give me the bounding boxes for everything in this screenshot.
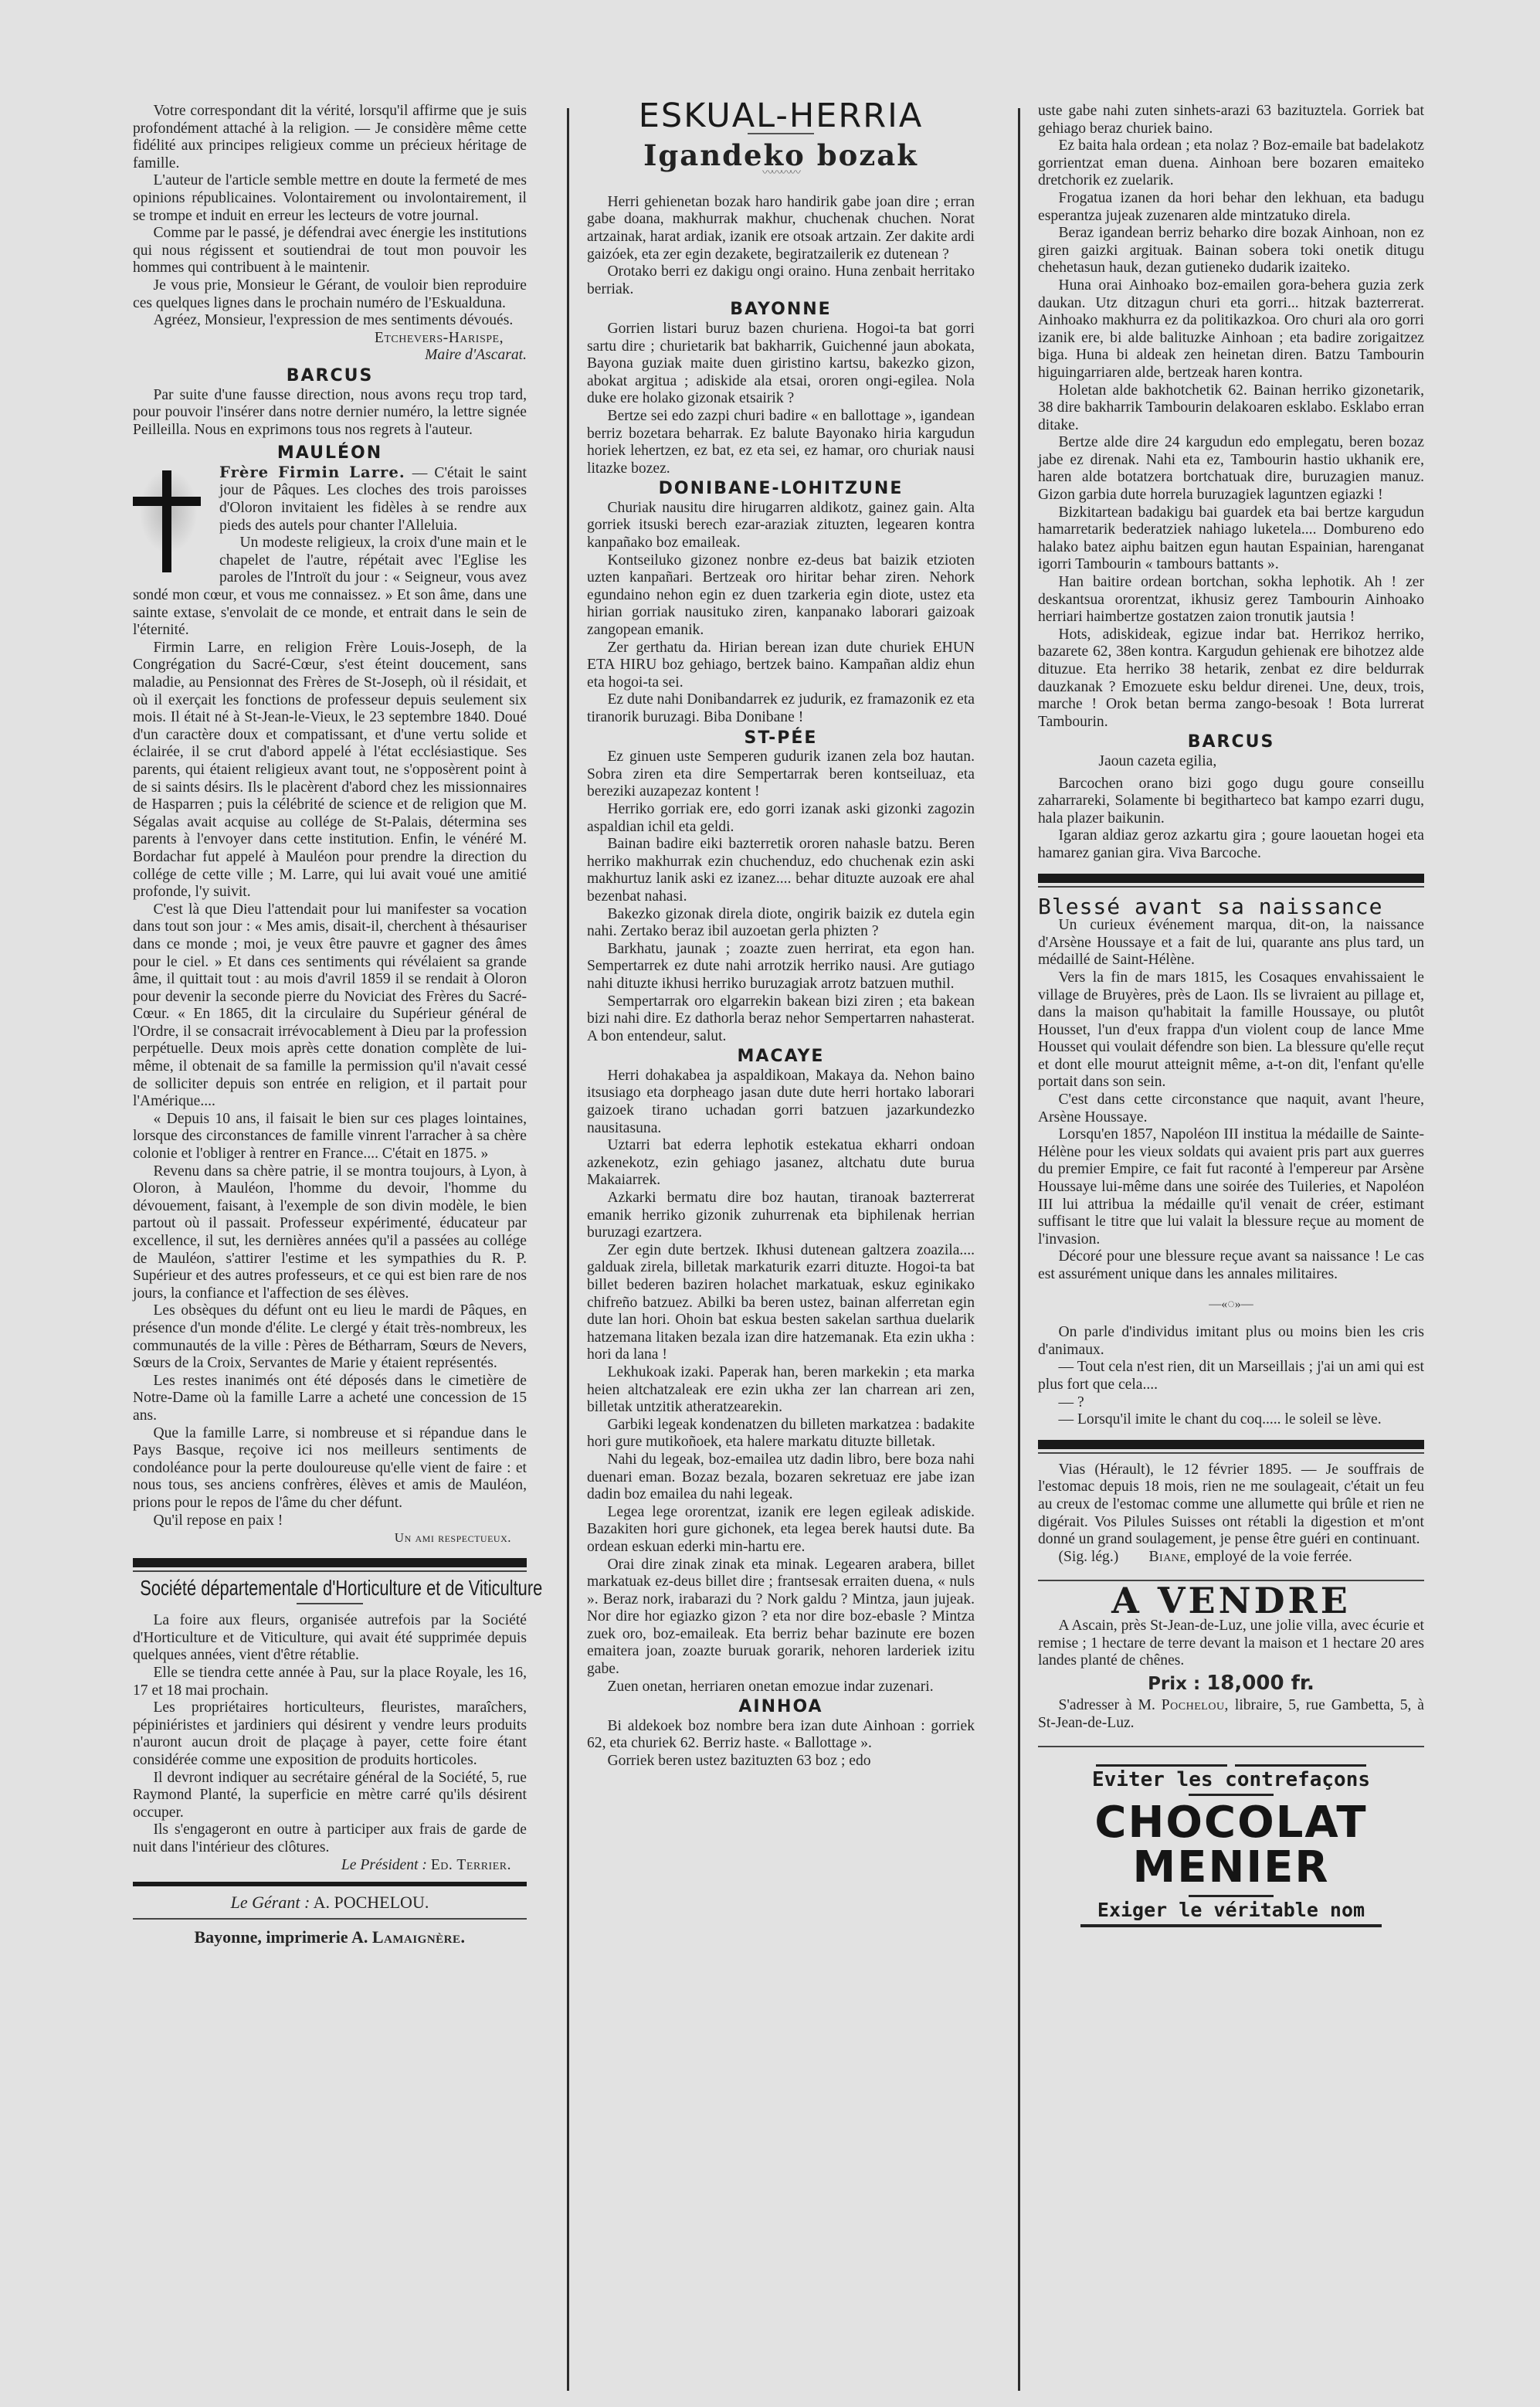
paragraph: Herri dohakabea ja aspaldikoan, Makaya d… [587, 1068, 975, 1137]
paragraph: Nahi du legeak, boz-emailea utz dadin li… [587, 1451, 975, 1504]
middle-column: ESKUAL-HERRIA Igandeko bozak 〰〰〰〰 Herri … [587, 103, 975, 1770]
section-heading-bayonne: BAYONNE [587, 301, 975, 319]
paragraph: Bainan badire eiki bazterretik ororen na… [587, 836, 975, 905]
section-heading-societe: Société départementale d'Horticulture et… [140, 1580, 519, 1597]
section-heading-ainhoa: AINHOA [587, 1699, 975, 1716]
divider-rule [1038, 874, 1424, 883]
divider-rule [1189, 1794, 1274, 1796]
ad-brand: CHOCOLAT [1038, 1801, 1424, 1845]
ornament-divider: —«◌»— [1038, 1296, 1424, 1314]
paragraph: Hots, adiskideak, egizue indar bat. Herr… [1038, 626, 1424, 732]
paragraph: Les obsèques du défunt ont eu lieu le ma… [133, 1302, 527, 1372]
ad-heading-avendre: A VENDRE [1038, 1592, 1424, 1610]
paragraph: Frogatua izanen da hori behar den lekhua… [1038, 190, 1424, 225]
paragraph: Un curieux événement marqua, dit-on, la … [1038, 917, 1424, 969]
signature-label: Le Président : [341, 1857, 427, 1873]
paragraph: Zer egin dute bertzek. Ikhusi dutenean g… [587, 1242, 975, 1364]
divider-rule [1038, 1764, 1424, 1767]
divider-rule [133, 1558, 527, 1567]
section-heading-macaye: MACAYE [587, 1048, 975, 1066]
paragraph: Gorrien listari buruz bazen churiena. Ho… [587, 321, 975, 408]
paragraph: On parle d'individus imitant plus ou moi… [1038, 1324, 1424, 1359]
imprint-line: Bayonne, imprimerie A. Lamaignère. [133, 1929, 527, 1947]
paragraph: Igaran aldiaz geroz azkartu gira ; goure… [1038, 827, 1424, 862]
paragraph: — Tout cela n'est rien, dit un Marseilla… [1038, 1359, 1424, 1394]
ad-line: Eviter les contrefaçons [1038, 1771, 1424, 1789]
divider-rule [1189, 1895, 1274, 1897]
price-value: 18,000 fr. [1206, 1672, 1314, 1695]
paragraph: La foire aux fleurs, organisée autrefois… [133, 1612, 527, 1665]
section-heading-donibane: DONIBANE-LOHITZUNE [587, 480, 975, 498]
paragraph: Décoré pour une blessure reçue avant sa … [1038, 1248, 1424, 1283]
paragraph: Kontseiluko gizonez nonbre ez-deus bat b… [587, 552, 975, 640]
paragraph: Vers la fin de mars 1815, les Cosaques e… [1038, 969, 1424, 1091]
paragraph: Bi aldekoek boz nombre bera izan dute Ai… [587, 1718, 975, 1753]
divider-rule [297, 1603, 363, 1604]
gerant-label: Le Gérant : [231, 1893, 310, 1912]
salutation: Jaoun cazeta egilia, [1038, 753, 1424, 771]
paragraph: Legea lege ororentzat, izanik ere legen … [587, 1504, 975, 1557]
paragraph: Par suite d'une fausse direction, nous a… [133, 387, 527, 440]
masthead: ESKUAL-HERRIA [587, 107, 975, 125]
ad-line: Exiger le véritable nom [1038, 1902, 1424, 1920]
signature-role: employé de la voie ferrée. [1195, 1549, 1352, 1565]
obituary-lead: Frère Firmin Larre. [219, 463, 405, 481]
paragraph: Holetan alde bakhotchetik 62. Bainan her… [1038, 382, 1424, 435]
paragraph: L'auteur de l'article semble mettre en d… [133, 172, 527, 225]
paragraph: — ? [1038, 1394, 1424, 1412]
paragraph: Bizkitartean badakigu bai guardek eta ba… [1038, 504, 1424, 574]
paragraph: Azkarki bermatu dire boz hautan, tiranoa… [587, 1190, 975, 1242]
paragraph: « Depuis 10 ans, il faisait le bien sur … [133, 1111, 527, 1163]
divider-rule [133, 1570, 527, 1572]
chocolat-menier-ad: Eviter les contrefaçons CHOCOLAT MENIER … [1038, 1764, 1424, 1927]
section-heading-barcus: BARCUS [1038, 734, 1424, 752]
paragraph: C'est là que Dieu l'attendait pour lui m… [133, 901, 527, 1111]
left-column: Votre correspondant dit la vérité, lorsq… [133, 103, 527, 1955]
paragraph: Firmin Larre, en religion Frère Louis-Jo… [133, 640, 527, 901]
gerant-name: A. POCHELOU. [314, 1893, 429, 1912]
paragraph: Ils s'engageront en outre à participer a… [133, 1821, 527, 1856]
ad-brand: MENIER [1038, 1845, 1424, 1890]
column-divider [1018, 108, 1020, 2391]
paragraph: Zuen onetan, herriaren onetan emozue ind… [587, 1679, 975, 1696]
paragraph: C'est dans cette circonstance que naquit… [1038, 1091, 1424, 1126]
paragraph: Barcochen orano bizi gogo dugu goure con… [1038, 776, 1424, 828]
signature-title: Maire d'Ascarat. [133, 347, 527, 365]
paragraph: Agréez, Monsieur, l'expression de mes se… [133, 312, 527, 330]
signature-name: Ed. Terrier. [431, 1857, 511, 1873]
paragraph: Les propriétaires horticulteurs, fleuris… [133, 1699, 527, 1769]
paragraph: Herriko gorriak ere, edo gorri izanak as… [587, 801, 975, 836]
divider-rule [1038, 886, 1424, 888]
divider-rule [1038, 1746, 1424, 1747]
right-column: uste gabe nahi zuten sinhets-arazi 63 ba… [1038, 103, 1424, 1932]
paragraph: uste gabe nahi zuten sinhets-arazi 63 ba… [1038, 103, 1424, 137]
paragraph: Barkhatu, jaunak ; zoazte zuen herrirat,… [587, 941, 975, 993]
paragraph: Lekhukoak izaki. Paperak han, beren mark… [587, 1364, 975, 1417]
price-line: Prix : 18,000 fr. [1038, 1675, 1424, 1693]
paragraph: Que la famille Larre, si nombreuse et si… [133, 1425, 527, 1512]
price-label: Prix : [1148, 1674, 1200, 1694]
divider-rule [133, 1882, 527, 1886]
divider-rule [133, 1918, 527, 1920]
paragraph: Bertze sei edo zazpi churi badire « en b… [587, 408, 975, 477]
paragraph: Comme par le passé, je défendrai avec én… [133, 225, 527, 277]
paragraph: Lorsqu'en 1857, Napoléon III institua la… [1038, 1126, 1424, 1248]
obituary-article: Frère Firmin Larre. — C'était le saint j… [133, 464, 527, 1547]
divider-rule [1080, 1924, 1382, 1927]
paragraph: Revenu dans sa chère patrie, il se montr… [133, 1163, 527, 1303]
paragraph: Orai dire zinak zinak eta minak. Legeare… [587, 1557, 975, 1679]
divider-rule [1038, 1440, 1424, 1449]
article-title: Igandeko bozak [587, 147, 975, 165]
paragraph: Qu'il repose en paix ! [133, 1512, 527, 1530]
paragraph: Churiak nausitu dire hirugarren aldikotz… [587, 500, 975, 552]
paragraph: Ez dute nahi Donibandarrek ez judurik, e… [587, 691, 975, 726]
paragraph: Sempertarrak oro elgarrekin bakean bizi … [587, 993, 975, 1046]
paragraph: Elle se tiendra cette année à Pau, sur l… [133, 1665, 527, 1699]
paragraph: Ez baita hala ordean ; eta nolaz ? Boz-e… [1038, 137, 1424, 190]
column-divider [567, 108, 569, 2391]
section-heading-blesse: Blessé avant sa naissance [1038, 898, 1424, 916]
letter-article: Votre correspondant dit la vérité, lorsq… [133, 103, 527, 365]
paragraph: Zer gerthatu da. Hirian berean izan dute… [587, 640, 975, 692]
paragraph: Orotako berri ez dakigu ongi oraino. Hun… [587, 263, 975, 298]
contact-text: S'adresser à M. [1058, 1697, 1155, 1713]
paragraph: Garbiki legeak kondenatzen du billeten m… [587, 1417, 975, 1451]
paragraph: — Lorsqu'il imite le chant du coq..... l… [1038, 1411, 1424, 1429]
paragraph: Bertze alde dire 24 kargudun edo emplega… [1038, 434, 1424, 504]
signature-name: Etchevers-Harispe, [133, 330, 527, 348]
paragraph: Uztarri bat ederra lephotik estekatua ek… [587, 1137, 975, 1190]
signature-label: (Sig. lég.) [1058, 1549, 1118, 1565]
imprint-name: Lamaignère. [372, 1927, 466, 1947]
gerant-line: Le Gérant : A. POCHELOU. [133, 1894, 527, 1912]
imprint-text: Bayonne, imprimerie A. [194, 1927, 368, 1947]
signature: Un ami respectueux. [133, 1529, 527, 1547]
signature-name: Biane, [1148, 1549, 1190, 1565]
paragraph: Je vous prie, Monsieur le Gérant, de vou… [133, 277, 527, 312]
newspaper-page: Votre correspondant dit la vérité, lorsq… [0, 0, 1540, 2407]
paragraph: Ez ginuen uste Semperen gudurik izanen z… [587, 749, 975, 801]
paragraph: Il devront indiquer au secrétaire généra… [133, 1770, 527, 1822]
crucifix-icon [133, 466, 210, 572]
section-heading-mauleon: MAULÉON [133, 445, 527, 463]
section-heading-stpee: ST-PÉE [587, 730, 975, 748]
paragraph: Huna orai Ainhoako boz-emailen gora-behe… [1038, 277, 1424, 382]
paragraph: Han baitire ordean bortchan, sokha lepho… [1038, 574, 1424, 626]
paragraph: Herri gehienetan bozak haro handirik gab… [587, 194, 975, 263]
paragraph: Vias (Hérault), le 12 février 1895. — Je… [1038, 1462, 1424, 1549]
section-heading-barcus: BARCUS [133, 368, 527, 385]
paragraph: Votre correspondant dit la vérité, lorsq… [133, 103, 527, 172]
paragraph: A Ascain, près St-Jean-de-Luz, une jolie… [1038, 1618, 1424, 1670]
paragraph: Les restes inanimés ont été déposés dans… [133, 1373, 527, 1425]
paragraph: Bakezko gizonak direla diote, ongirik ba… [587, 906, 975, 941]
paragraph: Gorriek beren ustez bazituzten 63 boz ; … [587, 1753, 975, 1770]
contact-name: Pochelou, [1162, 1697, 1229, 1713]
divider-rule [1038, 1452, 1424, 1454]
paragraph: Beraz igandean berriz beharko dire bozak… [1038, 225, 1424, 277]
